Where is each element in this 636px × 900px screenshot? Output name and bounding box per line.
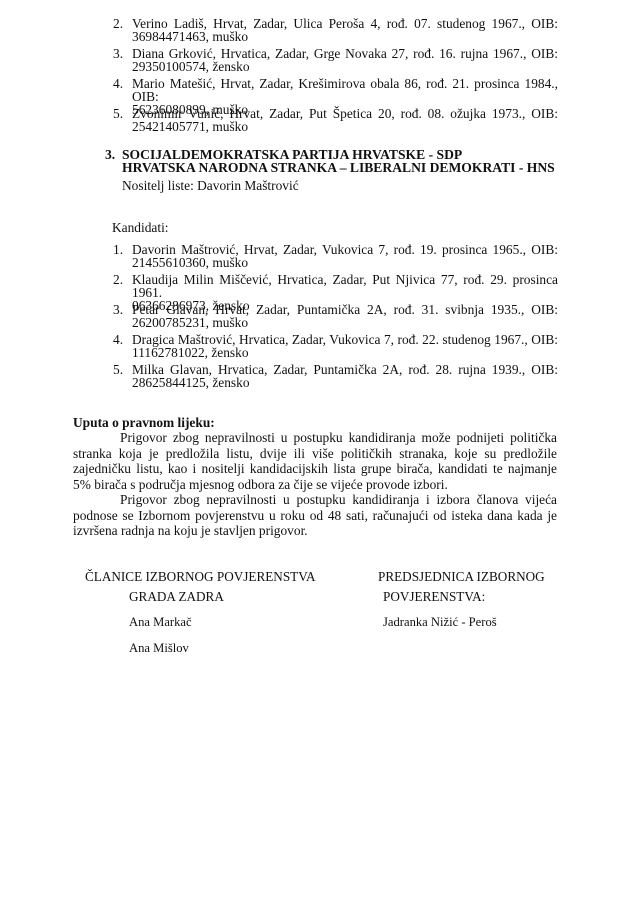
commission-members-title: ČLANICE IZBORNOG POVJERENSTVA bbox=[85, 570, 316, 584]
paragraph-text: Prigovor zbog nepravilnosti u postupku k… bbox=[73, 492, 557, 538]
list-item: 1. Davorin Maštrović, Hrvat, Zadar, Vuko… bbox=[113, 243, 558, 269]
list-item: 2. Verino Ladiš, Hrvat, Zadar, Ulica Per… bbox=[113, 17, 558, 43]
candidates-label: Kandidati: bbox=[112, 221, 169, 234]
candidate-oib: 21455610360, muško bbox=[132, 256, 558, 269]
candidate-oib: 28625844125, žensko bbox=[132, 376, 558, 389]
candidate-oib: 29350100574, žensko bbox=[132, 60, 558, 73]
list-holder: Nositelj liste: Davorin Maštrović bbox=[122, 179, 299, 192]
item-number: 5. bbox=[113, 363, 131, 376]
president-name: Jadranka Nižić - Peroš bbox=[383, 615, 497, 629]
list-item: 3. Diana Grković, Hrvatica, Zadar, Grge … bbox=[113, 47, 558, 73]
legal-remedy-paragraph-2: Prigovor zbog nepravilnosti u postupku k… bbox=[73, 492, 557, 539]
paragraph-text: Prigovor zbog nepravilnosti u postupku k… bbox=[73, 430, 557, 492]
candidate-oib: 36984471463, muško bbox=[132, 30, 558, 43]
candidate-line: Klaudija Milin Miščević, Hrvatica, Zadar… bbox=[132, 273, 558, 299]
item-number: 3. bbox=[113, 47, 131, 60]
legal-remedy-paragraph-1: Prigovor zbog nepravilnosti u postupku k… bbox=[73, 430, 557, 492]
president-title-line2: POVJERENSTVA: bbox=[383, 590, 485, 604]
item-number: 5. bbox=[113, 107, 131, 120]
candidate-oib: 11162781022, žensko bbox=[132, 346, 558, 359]
item-number: 4. bbox=[113, 333, 131, 346]
list-item: 5. Zvonimir Vunić, Hrvat, Zadar, Put Špe… bbox=[113, 107, 558, 133]
commission-members-city: GRADA ZADRA bbox=[129, 590, 224, 604]
candidate-line: Mario Matešić, Hrvat, Zadar, Krešimirova… bbox=[132, 77, 558, 103]
president-title: PREDSJEDNICA IZBORNOG bbox=[378, 570, 545, 584]
item-number: 1. bbox=[113, 243, 131, 256]
member-name: Ana Mišlov bbox=[129, 641, 189, 655]
list-number: 3. bbox=[105, 148, 115, 161]
party-name-line2: HRVATSKA NARODNA STRANKA – LIBERALNI DEM… bbox=[122, 161, 555, 174]
candidate-oib: 25421405771, muško bbox=[132, 120, 558, 133]
member-name: Ana Markač bbox=[129, 615, 192, 629]
item-number: 2. bbox=[113, 17, 131, 30]
list-item: 5. Milka Glavan, Hrvatica, Zadar, Puntam… bbox=[113, 363, 558, 389]
candidate-oib: 26200785231, muško bbox=[132, 316, 558, 329]
list-item: 4. Dragica Maštrović, Hrvatica, Zadar, V… bbox=[113, 333, 558, 359]
item-number: 4. bbox=[113, 77, 131, 90]
item-number: 3. bbox=[113, 303, 131, 316]
item-number: 2. bbox=[113, 273, 131, 286]
party-heading: 3. SOCIJALDEMOKRATSKA PARTIJA HRVATSKE -… bbox=[105, 148, 555, 174]
legal-remedy-title: Uputa o pravnom lijeku: bbox=[73, 416, 215, 430]
list-item: 3. Petar Glavan, Hrvat, Zadar, Puntamičk… bbox=[113, 303, 558, 329]
